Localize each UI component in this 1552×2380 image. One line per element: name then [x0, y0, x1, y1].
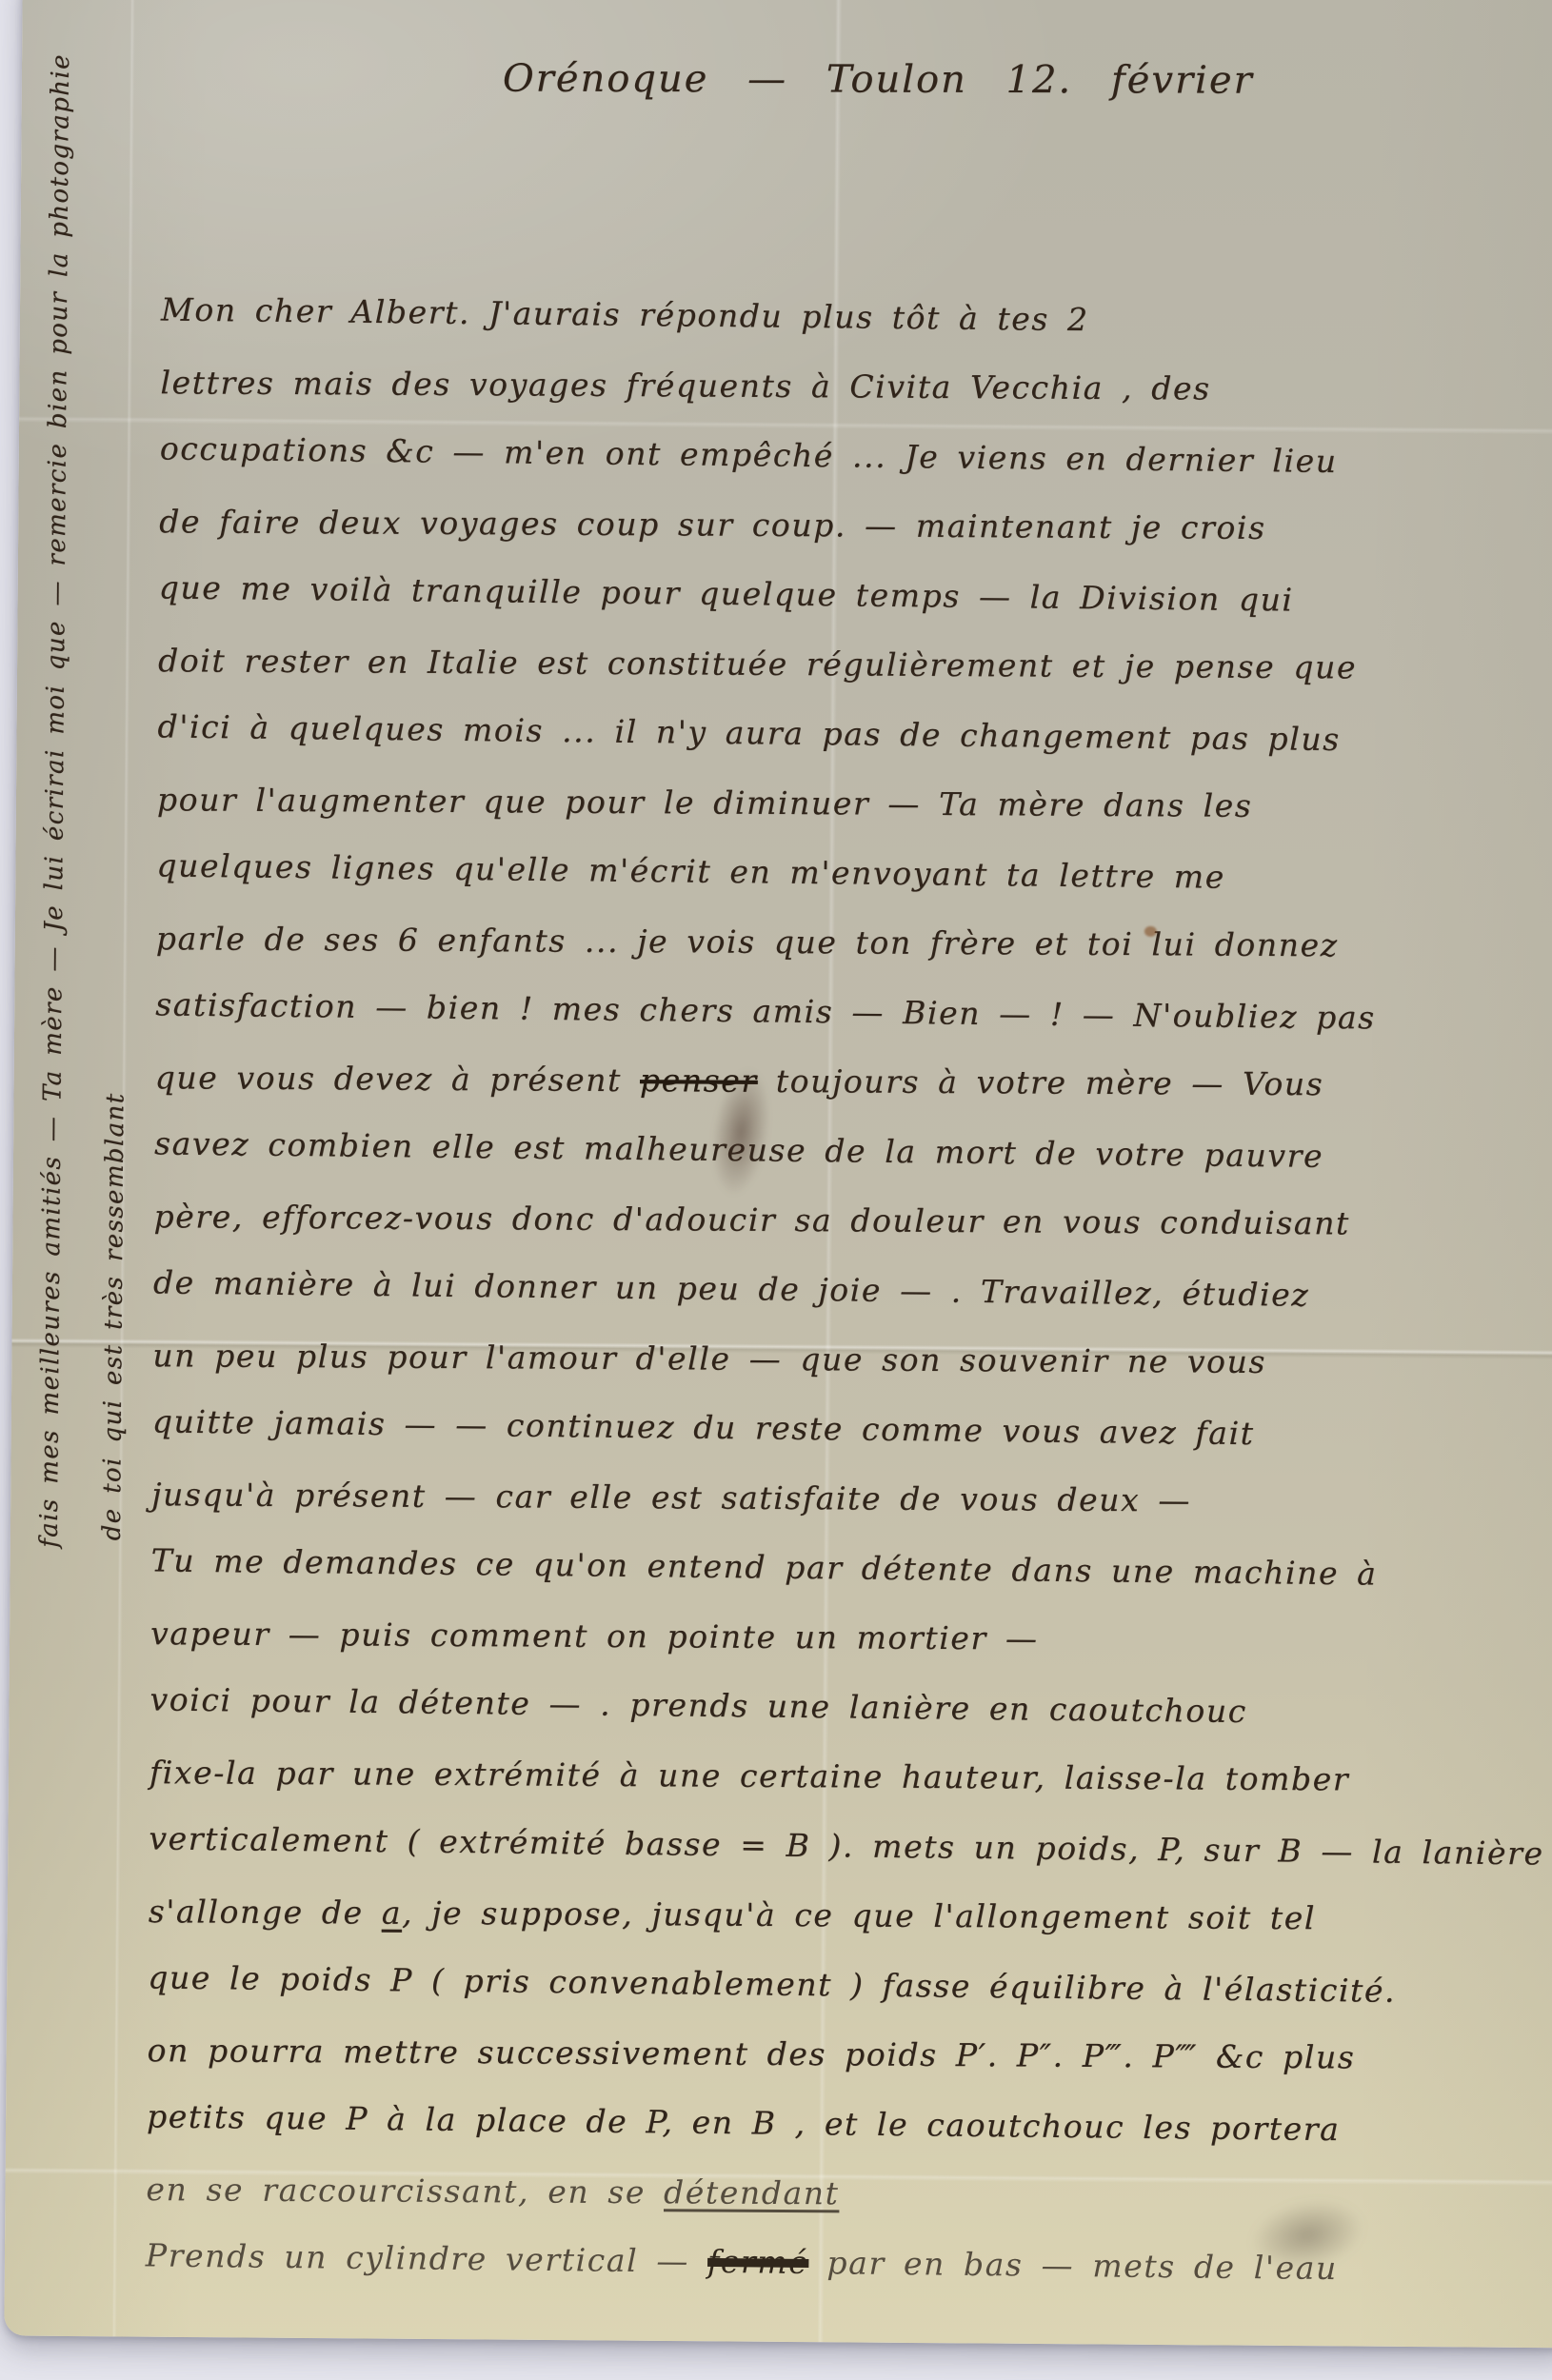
handwritten-line: Tu me demandes ce qu'on entend par déten…	[150, 1525, 1530, 1610]
line-text: voici pour la détente — . prends une lan…	[149, 1680, 1247, 1730]
marked-word: détendant	[664, 2173, 840, 2211]
handwritten-line: jusqu'à présent — car elle est satisfait…	[151, 1459, 1530, 1537]
marked-word: fermé	[707, 2243, 809, 2281]
marked-word: a	[382, 1894, 403, 1932]
line-text: petits que P à la place de P, en B , et …	[147, 2097, 1341, 2148]
line-text: d'ici à quelques mois ... il n'y aura pa…	[157, 707, 1341, 758]
handwritten-line: de faire deux voyages coup sur coup. — m…	[159, 486, 1538, 564]
line-text: Tu me demandes ce qu'on entend par déten…	[150, 1541, 1377, 1592]
line-text: satisfaction — bien ! mes chers amis — B…	[155, 985, 1376, 1036]
handwritten-line: un peu plus pour l'amour d'elle — que so…	[152, 1320, 1531, 1398]
handwritten-line: de manière à lui donner un peu de joie —…	[153, 1247, 1533, 1332]
handwritten-line: d'ici à quelques mois ... il n'y aura pa…	[157, 691, 1537, 776]
line-text: , je suppose, jusqu'à ce que l'allongeme…	[402, 1894, 1316, 1937]
handwritten-line: pour l'augmenter que pour le diminuer — …	[157, 764, 1536, 842]
line-text: Mon cher Albert. J'aurais répondu plus t…	[161, 290, 1089, 338]
handwritten-line: lettres mais des voyages fréquents à Civ…	[160, 347, 1539, 425]
line-text: Prends un cylindre vertical —	[146, 2236, 708, 2279]
handwritten-line: Mon cher Albert. J'aurais répondu plus t…	[161, 274, 1541, 359]
line-text: que vous devez à présent	[155, 1059, 641, 1099]
line-text: que me voilà tranquille pour quelque tem…	[158, 568, 1293, 618]
line-text: de faire deux voyages coup sur coup. — m…	[159, 503, 1266, 546]
line-text: jusqu'à présent — car elle est satisfait…	[151, 1476, 1191, 1518]
handwritten-line: en se raccourcissant, en se détendant	[146, 2154, 1524, 2231]
line-text: en se raccourcissant, en se	[146, 2171, 664, 2211]
handwritten-line: petits que P à la place de P, en B , et …	[147, 2081, 1526, 2166]
handwritten-line: occupations &c — m'en ont empêché ... Je…	[159, 413, 1539, 498]
handwritten-line: voici pour la détente — . prends une lan…	[149, 1664, 1529, 1749]
line-text: père, efforcez-vous donc d'adoucir sa do…	[153, 1198, 1350, 1241]
handwritten-line: savez combien elle est malheureuse de la…	[154, 1108, 1534, 1193]
handwritten-line: que vous devez à présent penser toujours…	[154, 1042, 1533, 1120]
line-text: occupations &c — m'en ont empêché ... Je…	[160, 429, 1338, 480]
line-text: pour l'augmenter que pour le diminuer — …	[157, 781, 1253, 824]
line-text: savez combien elle est malheureuse de la…	[154, 1124, 1323, 1175]
line-text: que le poids P ( pris convenablement ) f…	[148, 1958, 1396, 2009]
letter-heading: Orénoque — Toulon 12. février	[503, 57, 1254, 103]
handwritten-line: que le poids P ( pris convenablement ) f…	[148, 1942, 1527, 2027]
handwritten-line: parle de ses 6 enfants ... je vois que t…	[156, 903, 1535, 981]
margin-note-1: fais mes meilleures amitiés — Ta mère — …	[35, 0, 76, 1548]
line-text: par en bas — mets de l'eau	[808, 2244, 1338, 2287]
handwritten-line: doit rester en Italie est constituée rég…	[158, 625, 1537, 703]
handwritten-line: on pourra mettre successivement des poid…	[147, 2015, 1525, 2092]
margin-note-2: de toi qui est très ressemblant	[98, 598, 134, 1540]
handwritten-line: fixe-la par une extrémité à une certaine…	[149, 1737, 1528, 1815]
handwritten-line: quelques lignes qu'elle m'écrit en m'env…	[156, 830, 1536, 915]
handwritten-line: père, efforcez-vous donc d'adoucir sa do…	[153, 1181, 1532, 1259]
handwritten-line: satisfaction — bien ! mes chers amis — B…	[155, 969, 1535, 1054]
handwritten-line: verticalement ( extrémité basse = B ). m…	[149, 1803, 1528, 1888]
line-text: toujours à votre mère — Vous	[758, 1062, 1324, 1102]
line-text: quitte jamais — — continuez du reste com…	[152, 1402, 1255, 1452]
line-text: parle de ses 6 enfants ... je vois que t…	[156, 920, 1339, 963]
letter-page: Orénoque — Toulon 12. février Mon cher A…	[4, 0, 1552, 2348]
line-text: fixe-la par une extrémité à une certaine…	[149, 1754, 1350, 1797]
handwritten-line: s'allonge de a, je suppose, jusqu'à ce q…	[149, 1876, 1527, 1954]
line-text: lettres mais des voyages fréquents à Civ…	[160, 364, 1210, 407]
line-text: s'allonge de	[149, 1893, 382, 1931]
line-text: vapeur — puis comment on pointe un morti…	[150, 1615, 1039, 1656]
photo-backdrop: Orénoque — Toulon 12. février Mon cher A…	[0, 0, 1552, 2380]
handwritten-line: vapeur — puis comment on pointe un morti…	[150, 1598, 1529, 1676]
handwritten-line: Prends un cylindre vertical — fermé par …	[146, 2220, 1525, 2305]
line-text: verticalement ( extrémité basse = B ). m…	[149, 1819, 1544, 1872]
handwritten-line: que me voilà tranquille pour quelque tem…	[158, 552, 1538, 637]
line-text: de manière à lui donner un peu de joie —…	[153, 1263, 1310, 1313]
handwritten-line: quitte jamais — — continuez du reste com…	[151, 1386, 1531, 1471]
marked-word: penser	[640, 1061, 758, 1100]
line-text: un peu plus pour l'amour d'elle — que so…	[152, 1337, 1266, 1380]
letter-body: Mon cher Albert. J'aurais répondu plus t…	[146, 277, 1541, 2303]
line-text: quelques lignes qu'elle m'écrit en m'env…	[156, 846, 1225, 895]
line-text: doit rester en Italie est constituée rég…	[158, 642, 1357, 685]
line-text: on pourra mettre successivement des poid…	[148, 2032, 1356, 2075]
